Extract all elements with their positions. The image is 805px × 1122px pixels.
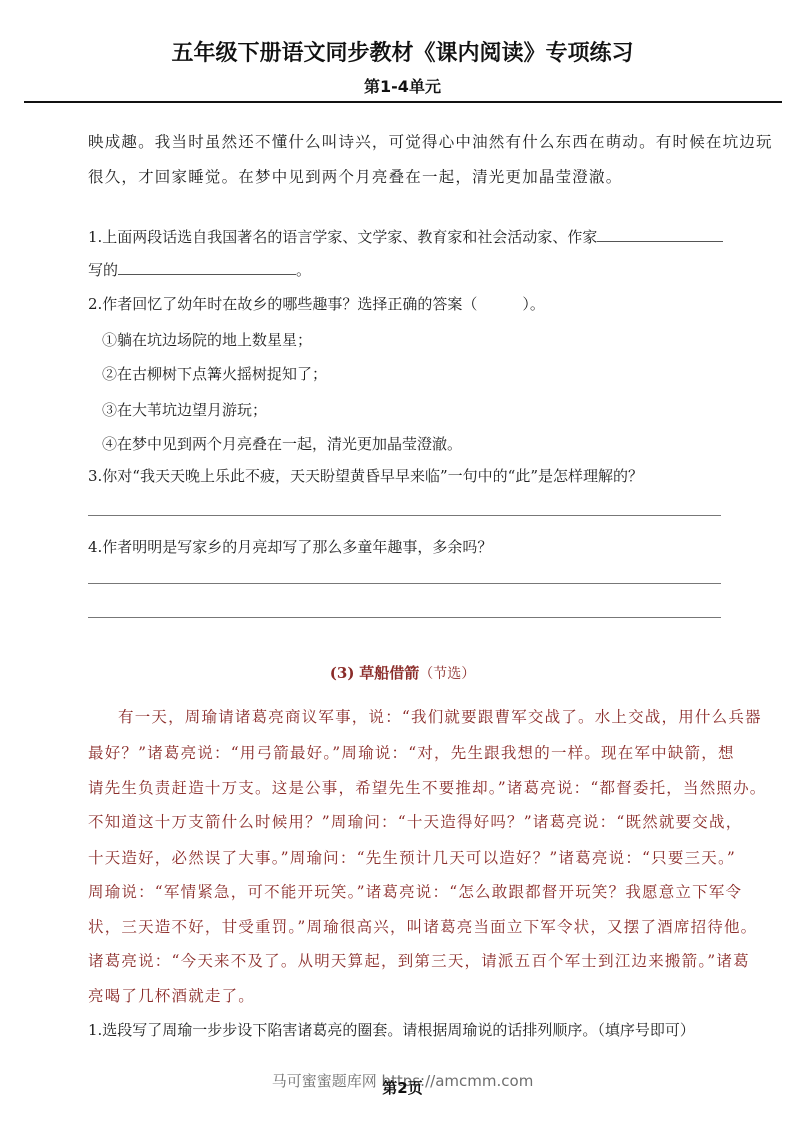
passage-line: 不知道这十万支箭什么时候用？”周瑜问：“十天造得好吗？”诸葛亮说：“既然就要交战… [88,812,742,832]
answer-blank-title[interactable] [118,260,296,275]
passage-line: 诸葛亮说：“今天来不及了。从明天算起，到第三天，请派五百个军士到江边来搬箭。”诸… [88,951,750,971]
question-1-suffix: 。 [296,261,311,279]
question-4: 4.作者明明是写家乡的月亮却写了那么多童年趣事，多余吗？ [88,537,492,557]
section-note: （节选） [419,666,475,682]
section-title: (3) 草船借箭（节选） [0,662,805,683]
passage-line: 很久，才回家睡觉。在梦中见到两个月亮叠在一起，清光更加晶莹澄澈。 [88,167,622,187]
answer-line[interactable] [88,515,721,516]
answer-line[interactable] [88,617,721,618]
passage-line: 请先生负责赶造十万支。这是公事，希望先生不要推却。”诸葛亮说：“都督委托，当然照… [88,778,767,798]
question-1-continued: 写的。 [88,260,311,280]
question-1-prefix: 写的 [88,261,118,279]
option-2: ②在古柳树下点篝火摇树捉知了； [102,364,327,384]
passage-line: 有一天，周瑜请诸葛亮商议军事，说：“我们就要跟曹军交战了。水上交战，用什么兵器 [118,707,762,727]
option-3: ③在大苇坑边望月游玩； [102,400,267,420]
question-1: 1.上面两段话选自我国著名的语言学家、文学家、教育家和社会活动家、作家 [88,227,723,247]
header-divider [24,101,782,103]
section3-question-1: 1.选段写了周瑜一步步设下陷害诸葛亮的圈套。请根据周瑜说的话排列顺序。（填序号即… [88,1020,695,1040]
answer-blank-author[interactable] [597,227,723,242]
page-number: 第2页 [0,1077,805,1098]
answer-line[interactable] [88,583,721,584]
passage-line: 十天造好，必然误了大事。”周瑜问：“先生预计几天可以造好？”诸葛亮说：“只要三天… [88,848,736,868]
passage-line: 最好？”诸葛亮说：“用弓箭最好。”周瑜说：“对，先生跟我想的一样。现在军中缺箭，… [88,743,735,763]
section-name: 草船借箭 [359,664,419,682]
question-3: 3.你对“我天天晚上乐此不疲，天天盼望黄昏早早来临”一句中的“此”是怎样理解的？ [88,466,643,486]
passage-line: 映成趣。我当时虽然还不懂什么叫诗兴，可觉得心中油然有什么东西在萌动。有时候在坑边… [88,132,773,152]
passage-line: 亮喝了几杯酒就走了。 [88,986,255,1006]
passage-line: 周瑜说：“军情紧急，可不能开玩笑。”诸葛亮说：“怎么敢跟都督开玩笑？我愿意立下军… [88,882,742,902]
option-1: ①躺在坑边场院的地上数星星； [102,330,312,350]
passage-line: 状，三天造不好，甘受重罚。”周瑜很高兴，叫诸葛亮当面立下军令状，又摆了酒席招待他… [88,917,757,937]
page-subtitle: 第1-4单元 [0,74,805,97]
option-4: ④在梦中见到两个月亮叠在一起，清光更加晶莹澄澈。 [102,434,462,454]
question-2: 2.作者回忆了幼年时在故乡的哪些趣事？选择正确的答案（ ）。 [88,294,545,314]
question-1-text: 1.上面两段话选自我国著名的语言学家、文学家、教育家和社会活动家、作家 [88,228,597,246]
section-number: (3) [330,664,355,682]
page-title: 五年级下册语文同步教材《课内阅读》专项练习 [0,36,805,67]
